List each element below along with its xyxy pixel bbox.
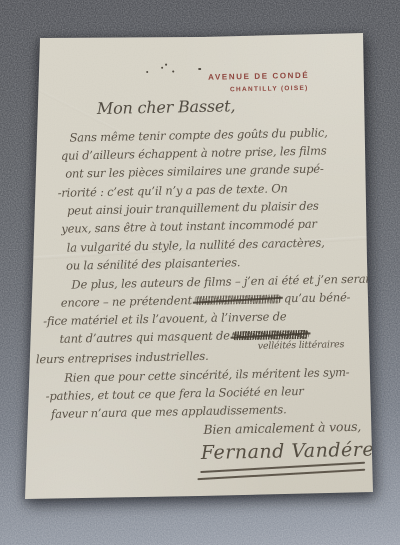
body-line: peut ainsi jouir tranquillement du plais…	[67, 201, 319, 218]
body-line: Rien que pour cette sincérité, ils mérit…	[64, 367, 349, 384]
ink-speck	[146, 71, 148, 73]
body-line: De plus, les auteurs de films – j’en ai …	[71, 274, 374, 292]
paper-shadow: AVENUE DE CONDÉ CHANTILLY (OISE) Mon che…	[0, 0, 400, 545]
letter-paper: AVENUE DE CONDÉ CHANTILLY (OISE) Mon che…	[0, 0, 400, 545]
ink-speck	[198, 68, 201, 70]
ink-speck	[172, 70, 174, 72]
signature: Fernand Vandérem	[201, 440, 393, 463]
letterhead: AVENUE DE CONDÉ CHANTILLY (OISE)	[146, 71, 309, 95]
body-line: faveur n’aura que mes applaudissements.	[51, 404, 287, 420]
scribbled-out-word	[195, 294, 281, 305]
salutation: Mon cher Basset,	[97, 98, 236, 117]
scribbled-out-word	[233, 330, 309, 341]
body-line: qui d’ailleurs échappent à notre prise, …	[61, 145, 327, 162]
body-line-text: tant d’autres qui masquent de	[59, 328, 230, 345]
body-line: leurs entreprises industrielles.	[36, 351, 209, 366]
closing-line: Bien amicalement à vous,	[203, 421, 361, 437]
body-line: -fice matériel et ils l’avouent, à l’inv…	[43, 311, 286, 327]
body-line-text: qu’au béné-	[284, 290, 351, 305]
photo-of-handwritten-letter: AVENUE DE CONDÉ CHANTILLY (OISE) Mon che…	[0, 0, 400, 545]
body-line: ont sur les pièces similaires une grande…	[65, 164, 324, 181]
letterhead-city: CHANTILLY (OISE)	[147, 85, 310, 95]
body-line: ou la sénilité des plaisanteries.	[66, 257, 240, 272]
ink-speck	[161, 67, 163, 69]
body-line: yeux, sans être à tout instant incommodé…	[61, 219, 317, 236]
letter-content: AVENUE DE CONDÉ CHANTILLY (OISE) Mon che…	[0, 0, 400, 545]
body-line: -riorité : c’est qu’il n’y a pas de text…	[58, 183, 288, 199]
body-line: la vulgarité du style, la nullité des ca…	[67, 237, 325, 254]
body-line: encore – ne prétendentqu’au béné-	[61, 292, 351, 309]
ink-speck	[165, 64, 167, 66]
body-line: Sans même tenir compte des goûts du publ…	[69, 127, 327, 144]
letterhead-address: AVENUE DE CONDÉ	[146, 71, 309, 83]
body-line: -pathies, et tout ce que fera la Société…	[46, 386, 304, 403]
body-line-text: encore – ne prétendent	[61, 293, 192, 310]
inserted-correction: velléités littéraires	[258, 340, 345, 351]
